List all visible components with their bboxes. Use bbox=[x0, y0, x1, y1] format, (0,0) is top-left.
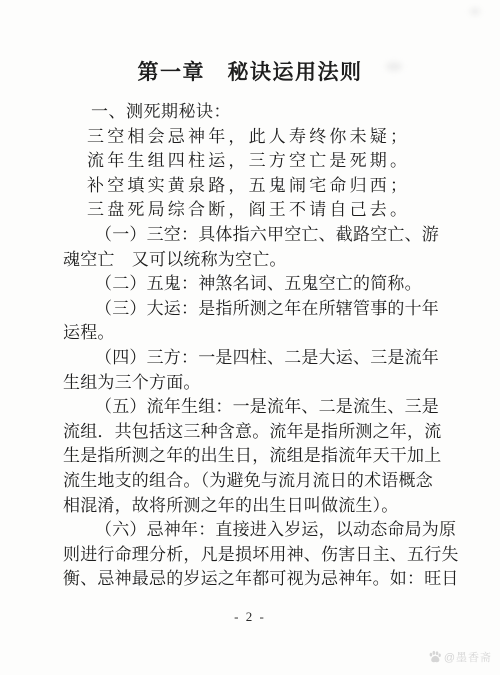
text-line: （五）流年生组：一是流年、二是流生、三是 bbox=[63, 395, 443, 420]
text-line: 则进行命理分析，凡是损坏用神、伤害日主、五行失 bbox=[63, 543, 443, 568]
text-line: 魂空亡 又可以统称为空亡。 bbox=[63, 248, 443, 273]
text-line: （四）三方：一是四柱、二是大运、三是流年 bbox=[63, 346, 443, 371]
page-number: - 2 - bbox=[0, 609, 500, 625]
scan-smudge bbox=[470, 8, 480, 15]
text-line: 流年生组四柱运，三方空亡是死期。 bbox=[63, 149, 443, 174]
text-line: 补空填实黄泉路，五鬼闹宅命归西； bbox=[63, 174, 443, 199]
text-line: （六）忌神年：直接进入岁运，以动态命局为原 bbox=[63, 518, 443, 543]
text-line: 生是指所测之年的出生日，流组是指流年天干加上 bbox=[63, 444, 443, 469]
text-line: 相混淆，故将所测之年的出生日叫做流生）。 bbox=[63, 494, 443, 519]
text-line: （二）五鬼：神煞名词、五鬼空亡的简称。 bbox=[63, 272, 443, 297]
text-line: 流组．共包括这三种含意。流年是指所测之年，流 bbox=[63, 420, 443, 445]
chapter-title: 第一章 秘诀运用法则 bbox=[0, 56, 500, 86]
text-line: 运程。 bbox=[63, 321, 443, 346]
baidu-paw-icon bbox=[428, 650, 442, 664]
watermark: @墨香斋 bbox=[428, 649, 492, 665]
text-line: 流生地支的组合。（为避免与流月流日的术语概念 bbox=[63, 469, 443, 494]
watermark-text: @墨香斋 bbox=[444, 649, 492, 665]
text-line: （三）大运：是指所测之年在所辖管事的十年 bbox=[63, 297, 443, 322]
body-text: 一、测死期秘诀： 三空相会忌神年，此人寿终你未疑； 流年生组四柱运，三方空亡是死… bbox=[63, 100, 443, 592]
text-line: （一）三空：具体指六甲空亡、截路空亡、游 bbox=[63, 223, 443, 248]
text-line: 生组为三个方面。 bbox=[63, 371, 443, 396]
text-line: 三空相会忌神年，此人寿终你未疑； bbox=[63, 125, 443, 150]
text-line: 一、测死期秘诀： bbox=[63, 100, 443, 125]
text-line: 三盘死局综合断，阎王不请自己去。 bbox=[63, 198, 443, 223]
scanned-book-page: 第一章 秘诀运用法则 一、测死期秘诀： 三空相会忌神年，此人寿终你未疑； 流年生… bbox=[0, 0, 500, 675]
text-line: 衡、忌神最忌的岁运之年都可视为忌神年。如：旺日 bbox=[63, 567, 443, 592]
